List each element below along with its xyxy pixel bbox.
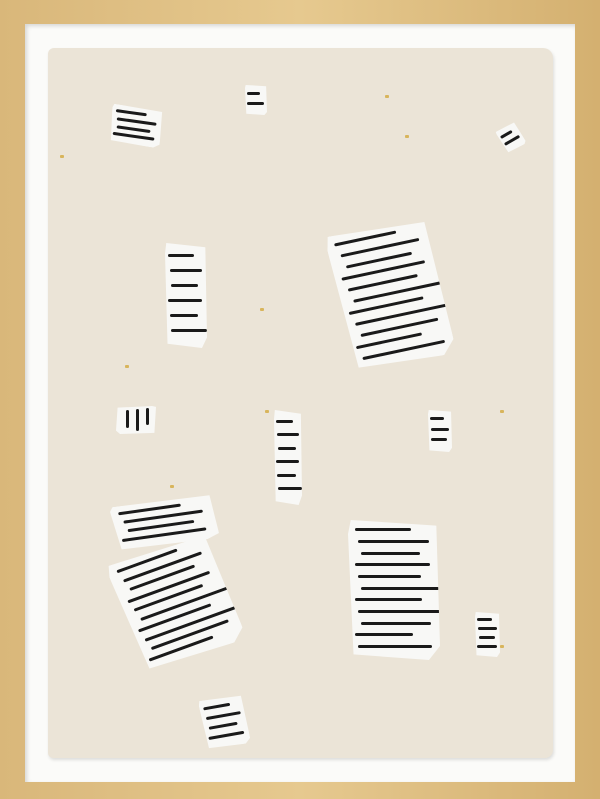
gold-fleck (385, 95, 389, 98)
ink-fragment (245, 85, 267, 115)
gold-fleck (500, 645, 504, 648)
ink-fragment (165, 243, 207, 348)
gold-fleck (260, 308, 264, 311)
gold-fleck (125, 365, 129, 368)
ink-fragment (116, 406, 156, 434)
ink-fragment (274, 410, 302, 505)
ink-fragment (475, 612, 500, 657)
ink-fragment (428, 410, 452, 452)
ink-fragment (348, 520, 440, 660)
gold-fleck (170, 485, 174, 488)
gold-fleck (60, 155, 64, 158)
gold-fleck (265, 410, 269, 413)
gold-fleck (405, 135, 409, 138)
gold-fleck (500, 410, 504, 413)
